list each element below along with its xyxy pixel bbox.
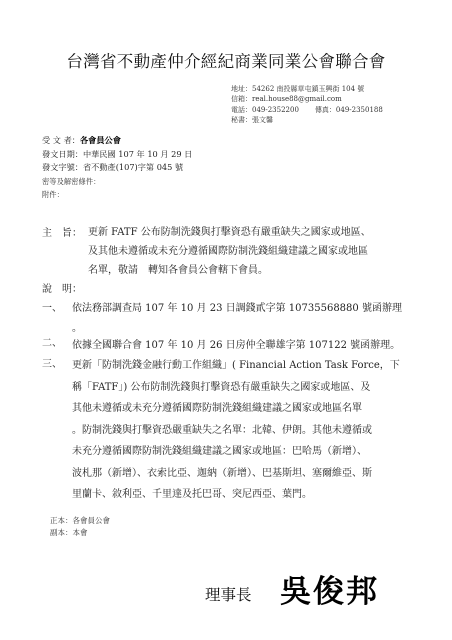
attachment-row: 附件： (42, 188, 192, 202)
original-value: 各會員公會 (73, 516, 111, 525)
address-value: 54262 南投縣草屯鎮玉興街 104 號 (252, 85, 364, 93)
item-line: 未充分遵循國際防制洗錢組織建議之國家或地區：巴哈馬（新增）、 (72, 441, 400, 463)
phone-label: 電話 (231, 106, 245, 114)
organization-title: 台灣省不動產仲介經紀商業同業公會聯合會 (0, 48, 452, 72)
secretary-row: 秘書：張文馨 (231, 115, 383, 125)
copy-recipient-row: 副本：本會 (50, 527, 110, 539)
phone-row: 電話：049-2352200傳真：049-2350188 (231, 105, 383, 115)
fax-label: 傳真 (315, 106, 329, 114)
description-item-2: 依據全國聯合會 107 年 10 月 26 日房仲全聯雄字第 107122 號函… (72, 334, 400, 357)
item-line: 更新「防制洗錢金融行動工作組織」( Financial Action Task … (72, 355, 400, 377)
recipient-value: 各會員公會 (80, 135, 121, 145)
doc-number-label: 發文字號： (42, 162, 83, 172)
secretary-value: 張文馨 (252, 116, 273, 124)
doc-number-row: 發文字號：省不動產(107)字第 045 號 (42, 161, 192, 175)
description-label: 說 明： (42, 280, 82, 295)
description-item-3: 更新「防制洗錢金融行動工作組織」( Financial Action Task … (72, 355, 400, 506)
item-number: 三、 (42, 355, 62, 370)
email-value: real.house88@gmail.com (252, 95, 342, 103)
item-line: 其他未遵循或未充分遵循國際防制洗錢組織建議之國家或地區名單 (72, 398, 400, 420)
secrecy-label: 密等及解密條件： (42, 177, 100, 186)
secrecy-row: 密等及解密條件： (42, 175, 192, 189)
description-item-1: 依法務部調查局 107 年 10 月 23 日調錢貳字第 10735568880… (72, 299, 402, 339)
item-line: 稱「FATF」) 公布防制洗錢與打擊資恐有嚴重缺失之國家或地區、及 (72, 377, 400, 399)
subject-label: 主 旨： (42, 224, 82, 239)
distribution-block: 正本：各會員公會 副本：本會 (50, 515, 110, 539)
subject-line: 更新 FATF 公布防制洗錢與打擊資恐有嚴重缺失之國家或地區、 (88, 224, 371, 243)
secretary-label: 秘書 (231, 116, 245, 124)
subject-line: 名單，敬請 轉知各會員公會轄下會員。 (88, 262, 371, 281)
item-line: 。防制洗錢與打擊資恐嚴重缺失之名單：北韓、伊朗。其他未遵循或 (72, 420, 400, 442)
contact-block: 地址：54262 南投縣草屯鎮玉興街 104 號 信箱：real.house88… (231, 84, 383, 125)
phone-value: 049-2352200 (252, 106, 299, 114)
fax-value: 049-2350188 (336, 106, 383, 114)
original-recipient-row: 正本：各會員公會 (50, 515, 110, 527)
signer-title: 理事長 (205, 583, 252, 605)
subject-line: 及其他未遵循或未充分遵循國際防制洗錢組織建議之國家或地區 (88, 243, 371, 262)
address-label: 地址 (231, 85, 245, 93)
attachment-label: 附件： (42, 190, 64, 199)
copy-label: 副本： (50, 528, 73, 537)
original-label: 正本： (50, 516, 73, 525)
item-line: 波札那（新增）、衣索比亞、迦納（新增）、巴基斯坦、塞爾維亞、斯 (72, 463, 400, 485)
date-label: 發文日期： (42, 149, 83, 159)
document-meta: 受 文 者：各會員公會 發文日期：中華民國 107 年 10 月 29 日 發文… (42, 134, 192, 202)
address-row: 地址：54262 南投縣草屯鎮玉興街 104 號 (231, 84, 383, 94)
signer-name: 吳俊邦 (280, 566, 379, 611)
subject-text: 更新 FATF 公布防制洗錢與打擊資恐有嚴重缺失之國家或地區、 及其他未遵循或未… (88, 224, 371, 280)
recipient-label: 受 文 者： (42, 135, 80, 145)
item-number: 一、 (42, 299, 62, 314)
item-number: 二、 (42, 334, 62, 349)
date-row: 發文日期：中華民國 107 年 10 月 29 日 (42, 148, 192, 162)
copy-value: 本會 (73, 528, 88, 537)
item-line: 依據全國聯合會 107 年 10 月 26 日房仲全聯雄字第 107122 號函… (72, 334, 400, 357)
item-line: 里蘭卡、敘利亞、千里達及托巴哥、突尼西亞、葉門。 (72, 484, 400, 506)
date-value: 中華民國 107 年 10 月 29 日 (83, 149, 192, 159)
item-line: 依法務部調查局 107 年 10 月 23 日調錢貳字第 10735568880… (72, 299, 402, 319)
doc-number-value: 省不動產(107)字第 045 號 (83, 162, 183, 172)
recipient-row: 受 文 者：各會員公會 (42, 134, 192, 148)
email-label: 信箱 (231, 95, 245, 103)
email-row: 信箱：real.house88@gmail.com (231, 94, 383, 104)
